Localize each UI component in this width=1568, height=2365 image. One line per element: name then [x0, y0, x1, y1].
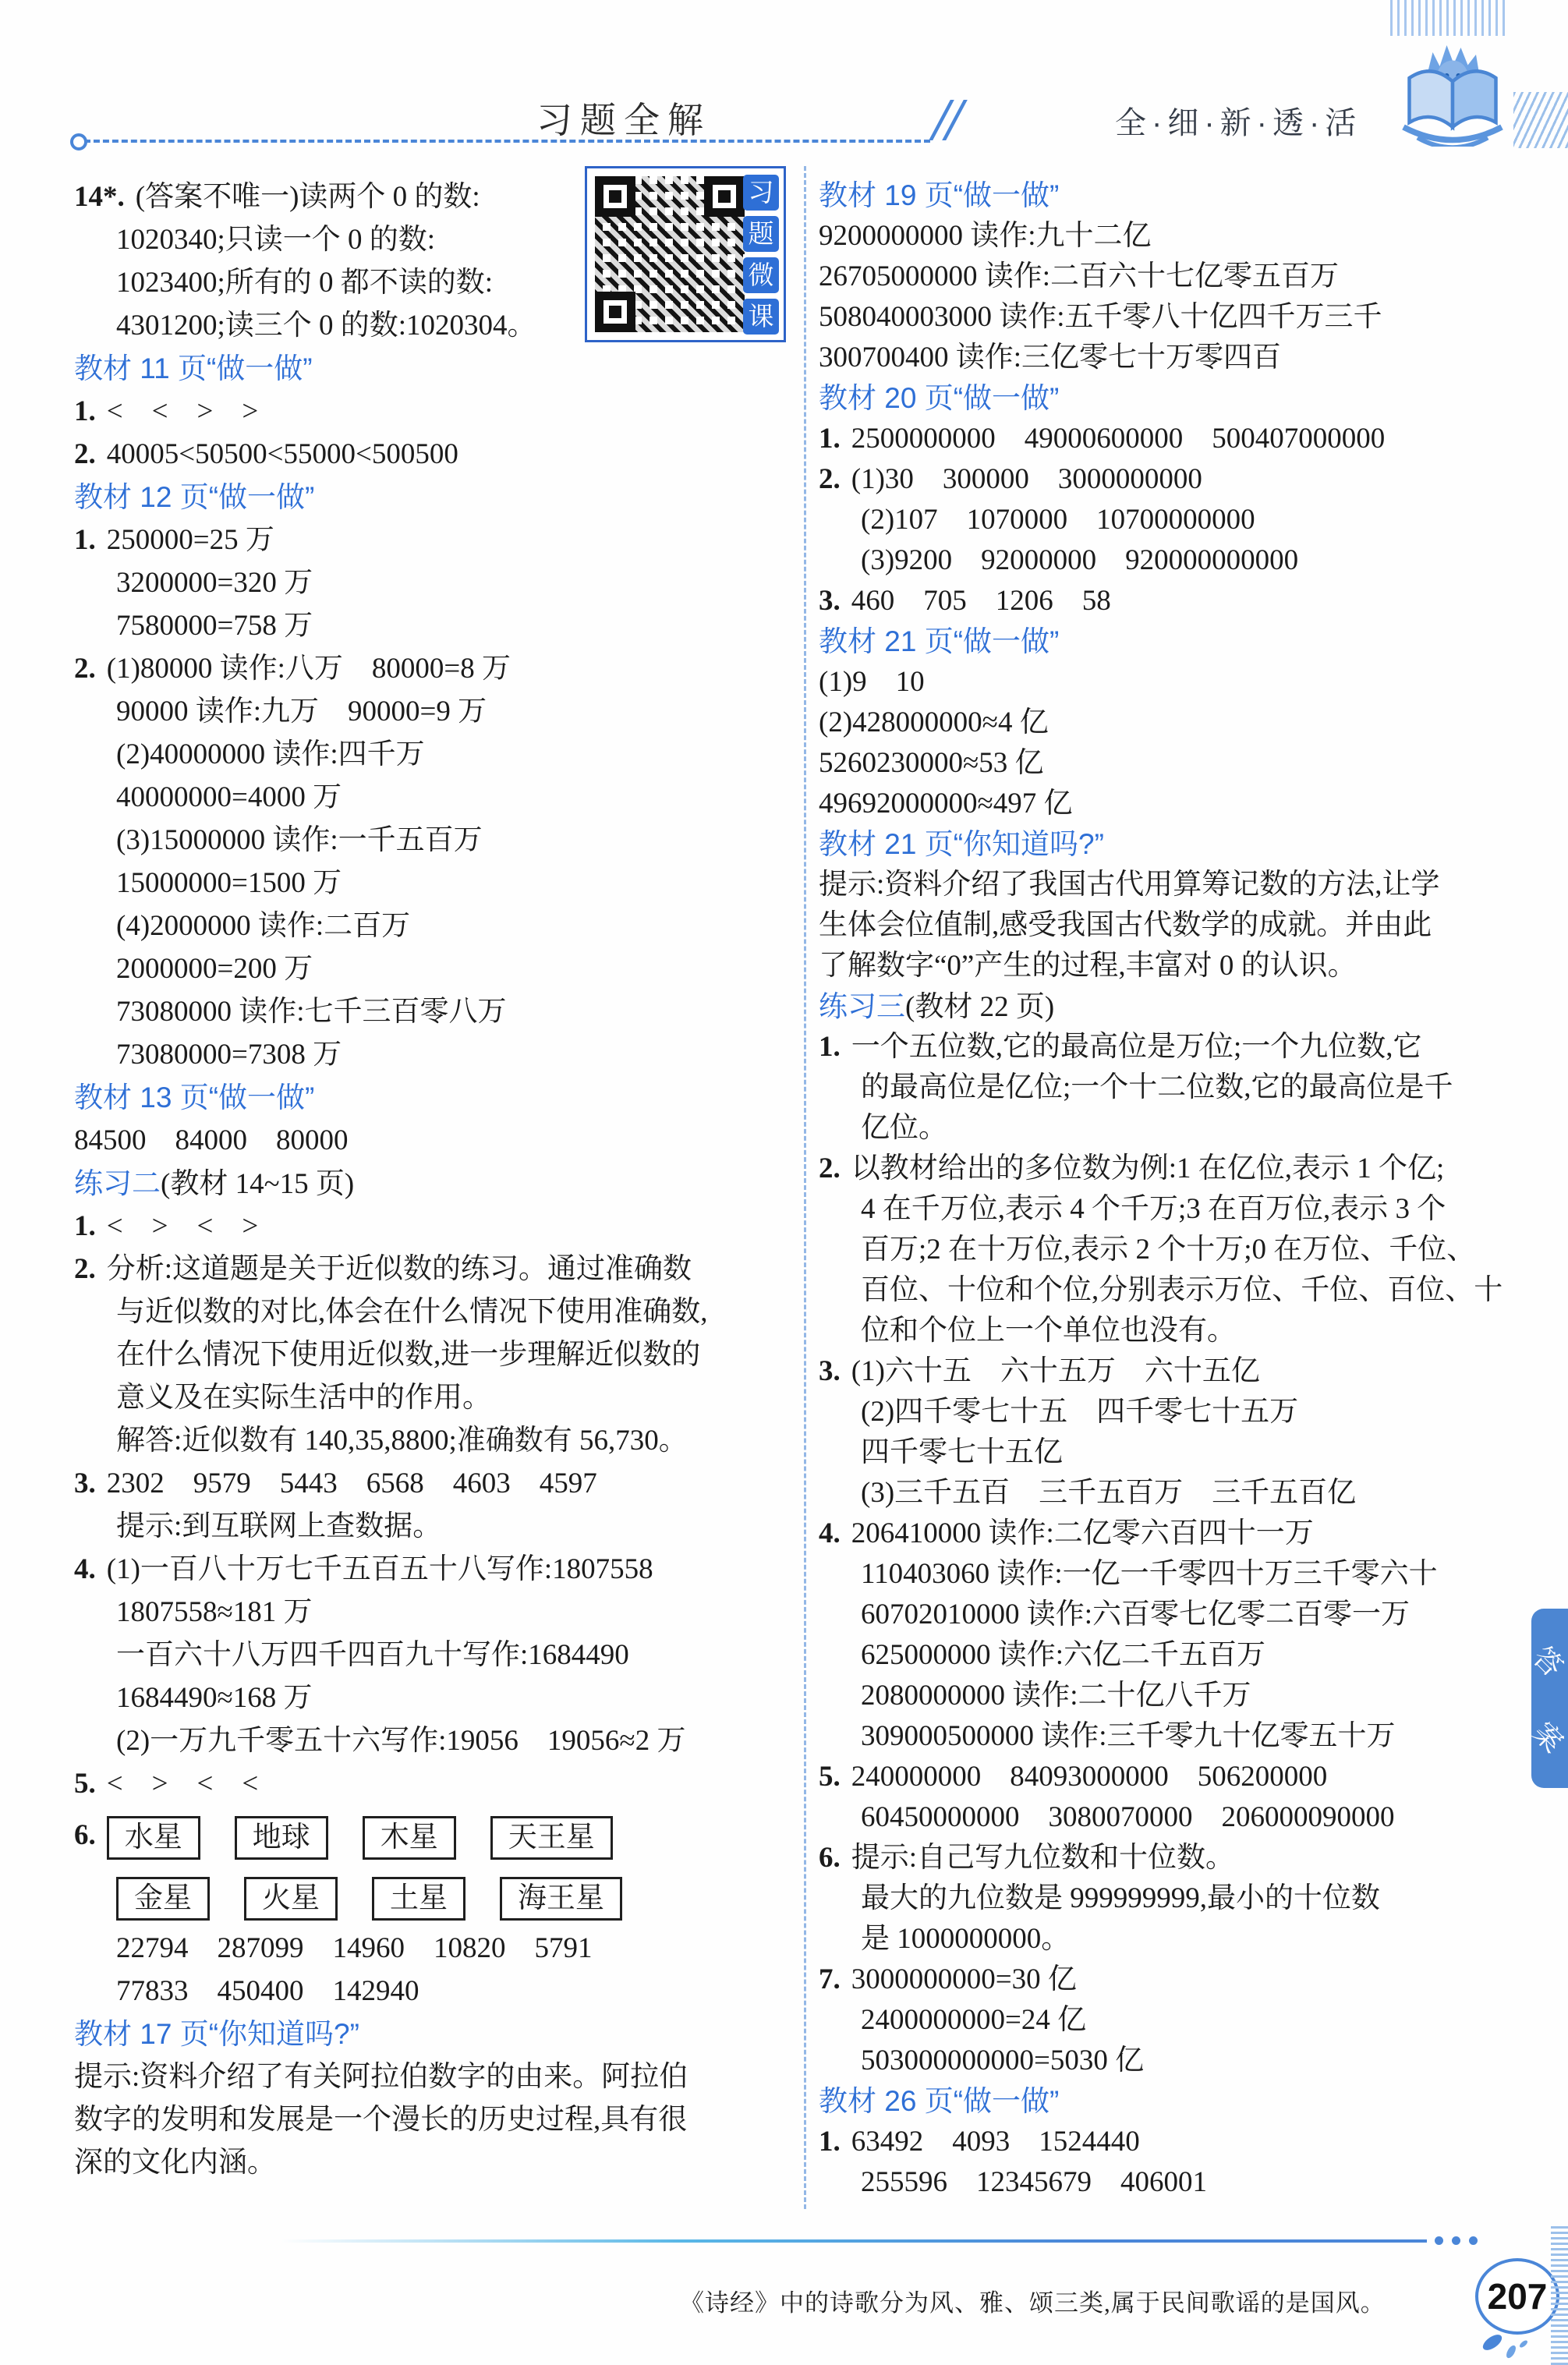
answer-line: 提示:资料介绍了我国古代用算筹记数的方法,让学: [819, 865, 1532, 905]
answer-line: 1.2500000000 49000600000 500407000000: [819, 419, 1532, 459]
answer-text: (2)40000000 读作:四千万: [116, 738, 425, 770]
heading-text: 教材 21 页“你知道吗?”: [819, 828, 1104, 860]
answer-line: 503000000000=5030 亿: [819, 2041, 1532, 2081]
answer-text: 240000000 84093000000 506200000: [851, 1761, 1328, 1793]
page-number-badge: 207: [1475, 2258, 1559, 2335]
answer-line: 1023400;所有的 0 都不读的数:: [74, 261, 788, 304]
answer-text: < > < >: [107, 1210, 258, 1242]
answer-line: (4)2000000 读作:二百万: [74, 905, 788, 947]
planet-box: 木星: [363, 1816, 456, 1860]
answer-line: 3200000=320 万: [74, 561, 788, 604]
answer-text: 5260230000≈53 亿: [819, 747, 1044, 779]
answer-text: 60450000000 3080070000 206000090000: [861, 1801, 1395, 1833]
answer-line: 4.206410000 读作:二亿零六百四十一万: [819, 1514, 1532, 1554]
answer-line: 在什么情况下使用近似数,进一步理解近似数的: [74, 1333, 788, 1376]
answer-text: (1)一百八十万七千五百五十八写作:1807558: [107, 1553, 653, 1585]
answer-line: 2.(1)30 300000 3000000000: [819, 459, 1532, 500]
answer-line: 2.分析:这道题是关于近似数的练习。通过准确数: [74, 1248, 788, 1290]
answer-line: 3.2302 9579 5443 6568 4603 4597: [74, 1462, 788, 1505]
heading-text: 教材 17 页“你知道吗?”: [74, 2018, 359, 2050]
answer-line: 625000000 读作:六亿二千五百万: [819, 1635, 1532, 1676]
answer-text: 110403060 读作:一亿一千零四十万三千零六十: [861, 1558, 1438, 1590]
item-number: 2.: [74, 653, 96, 685]
header-dashed-rule: [84, 140, 930, 143]
answer-line: 2.以教材给出的多位数为例:1 在亿位,表示 1 个亿;: [819, 1149, 1532, 1189]
answer-text: 63492 4093 1524440: [851, 2126, 1140, 2158]
planet-box-row: 6.水星地球木星天王星: [74, 1805, 788, 1866]
answer-text: (2)一万九千零五十六写作:19056 19056≈2 万: [116, 1725, 685, 1757]
answer-line: 73080000=7308 万: [74, 1033, 788, 1076]
answer-line: 意义及在实际生活中的作用。: [74, 1376, 788, 1419]
section-heading: 教材 17 页“你知道吗?”: [74, 2013, 788, 2055]
answer-line: 3.460 705 1206 58: [819, 581, 1532, 621]
item-number: 14*.: [74, 181, 125, 213]
answer-text: 4301200;读三个 0 的数:1020304。: [116, 310, 536, 342]
answer-line: 提示:到互联网上查数据。: [74, 1505, 788, 1548]
answer-text: 3000000000=30 亿: [851, 1963, 1077, 1995]
answer-text: 22794 287099 14960 10820 5791: [116, 1932, 593, 1964]
answer-line: 5.240000000 84093000000 506200000: [819, 1757, 1532, 1797]
section-heading: 练习三(教材 22 页): [819, 986, 1532, 1027]
answer-line: 77833 450400 142940: [74, 1970, 788, 2013]
answer-text: 309000500000 读作:三千零九十亿零五十万: [861, 1720, 1396, 1752]
item-number: 3.: [819, 585, 841, 617]
answer-line: 1020340;只读一个 0 的数:: [74, 218, 788, 261]
answer-text: (3)15000000 读作:一千五百万: [116, 824, 483, 856]
answer-line: 2400000000=24 亿: [819, 2000, 1532, 2041]
answer-line: 5.< > < <: [74, 1762, 788, 1805]
answer-text: 最大的九位数是 999999999,最小的十位数: [861, 1882, 1380, 1914]
answer-line: 2000000=200 万: [74, 947, 788, 990]
answer-text: 在什么情况下使用近似数,进一步理解近似数的: [116, 1339, 700, 1371]
answer-text: 84500 84000 80000: [74, 1124, 349, 1156]
answer-text: (1)80000 读作:八万 80000=8 万: [107, 653, 511, 685]
answer-text: 1023400;所有的 0 都不读的数:: [116, 267, 493, 299]
answer-text: 百位、十位和个位,分别表示万位、千位、百位、十: [861, 1274, 1503, 1306]
answer-line: (2)107 1070000 10700000000: [819, 500, 1532, 540]
answer-text: 40005<50500<55000<500500: [107, 438, 458, 470]
answer-text: 206410000 读作:二亿零六百四十一万: [851, 1517, 1314, 1549]
heading-text: 教材 21 页“做一做”: [819, 625, 1059, 657]
answer-line: 508040003000 读作:五千零八十亿四千万三千: [819, 297, 1532, 338]
footer-dot-ornament: [1452, 2236, 1460, 2245]
planet-box: 海王星: [500, 1877, 622, 1921]
heading-text: 练习三: [819, 990, 905, 1022]
answer-text: 四千零七十五亿: [861, 1436, 1063, 1468]
heading-text: 教材 13 页“做一做”: [74, 1082, 314, 1113]
answer-text: 的最高位是亿位;一个十二位数,它的最高位是千: [861, 1071, 1453, 1103]
section-heading: 教材 12 页“做一做”: [74, 476, 788, 519]
answer-text: 40000000=4000 万: [116, 781, 342, 813]
answer-line: 22794 287099 14960 10820 5791: [74, 1927, 788, 1970]
answer-text: 提示:到互联网上查数据。: [116, 1510, 441, 1542]
footer-trivia-note: 《诗经》中的诗歌分为风、雅、颂三类,属于民间歌谣的是国风。: [680, 2283, 1386, 2318]
answer-line: 的最高位是亿位;一个十二位数,它的最高位是千: [819, 1067, 1532, 1108]
section-heading: 教材 19 页“做一做”: [819, 175, 1532, 216]
answer-line: 5260230000≈53 亿: [819, 743, 1532, 784]
answer-line: 7580000=758 万: [74, 604, 788, 647]
item-number: 7.: [819, 1963, 841, 1995]
answer-text: 49692000000≈497 亿: [819, 788, 1073, 820]
section-heading: 教材 13 页“做一做”: [74, 1076, 788, 1119]
answer-line: 15000000=1500 万: [74, 862, 788, 905]
heading-text: 教材 19 页“做一做”: [819, 179, 1059, 211]
answers-edge-tab: 答 案: [1531, 1609, 1568, 1788]
answer-text: 625000000 读作:六亿二千五百万: [861, 1639, 1265, 1671]
answer-line: 1684490≈168 万: [74, 1676, 788, 1719]
answer-line: 2.40005<50500<55000<500500: [74, 433, 788, 476]
item-number: 1.: [74, 524, 96, 556]
section-heading: 练习二(教材 14~15 页): [74, 1162, 788, 1205]
answer-line: 90000 读作:九万 90000=9 万: [74, 690, 788, 733]
answer-line: 1807558≈181 万: [74, 1591, 788, 1634]
answer-text: 2500000000 49000600000 500407000000: [851, 423, 1386, 455]
answer-text: 2302 9579 5443 6568 4603 4597: [107, 1468, 597, 1499]
planet-box: 水星: [107, 1816, 200, 1860]
item-number: 1.: [819, 423, 841, 455]
answer-line: 一百六十八万四千四百九十写作:1684490: [74, 1634, 788, 1676]
answer-line: 309000500000 读作:三千零九十亿零五十万: [819, 1716, 1532, 1757]
planet-box: 火星: [244, 1877, 338, 1921]
answer-line: 60702010000 读作:六百零七亿零二百零一万: [819, 1595, 1532, 1635]
item-number: 4.: [819, 1517, 841, 1549]
answer-line: 深的文化内涵。: [74, 2141, 788, 2184]
answer-line: (2)428000000≈4 亿: [819, 703, 1532, 743]
column-divider: [804, 166, 806, 2209]
leaf-ornament-icon: [1478, 2328, 1541, 2364]
section-heading: 教材 21 页“你知道吗?”: [819, 824, 1532, 865]
answers-tab-char: 案: [1526, 1712, 1568, 1761]
answer-line: 1.63492 4093 1524440: [819, 2122, 1532, 2162]
answer-line: 40000000=4000 万: [74, 776, 788, 819]
edge-stripes-ornament: [1551, 2226, 1568, 2365]
answer-text: 深的文化内涵。: [74, 2147, 276, 2179]
answer-text: 77833 450400 142940: [116, 1975, 419, 2007]
footer-dot-ornament: [1435, 2236, 1443, 2245]
answer-text: (教材 22 页): [905, 991, 1054, 1023]
answer-text: 460 705 1206 58: [851, 585, 1111, 617]
answer-text: 解答:近似数有 140,35,8800;准确数有 56,730。: [116, 1425, 688, 1457]
answer-text: 73080000=7308 万: [116, 1039, 342, 1071]
answer-line: 4 在千万位,表示 4 个千万;3 在百万位,表示 3 个: [819, 1189, 1532, 1230]
page-number: 207: [1488, 2276, 1548, 2317]
answer-line: 60450000000 3080070000 206000090000: [819, 1797, 1532, 1838]
answer-line: (2)一万九千零五十六写作:19056 19056≈2 万: [74, 1719, 788, 1762]
answer-line: 百万;2 在十万位,表示 2 个十万;0 在万位、千位、: [819, 1230, 1532, 1270]
answer-text: (1)六十五 六十五万 六十五亿: [851, 1355, 1260, 1387]
answer-text: 508040003000 读作:五千零八十亿四千万三千: [819, 301, 1382, 333]
left-column: 14*.(答案不唯一)读两个 0 的数:1020340;只读一个 0 的数:10…: [74, 175, 788, 2184]
answer-text: (2)428000000≈4 亿: [819, 706, 1049, 738]
section-heading: 教材 11 页“做一做”: [74, 347, 788, 390]
answer-line: 生体会位值制,感受我国古代数学的成就。并由此: [819, 905, 1532, 946]
item-number: 2.: [819, 463, 841, 495]
answer-text: 90000 读作:九万 90000=9 万: [116, 696, 487, 728]
answer-line: 73080000 读作:七千三百零八万: [74, 990, 788, 1033]
answer-text: 一个五位数,它的最高位是万位;一个九位数,它: [851, 1031, 1422, 1063]
answer-text: 以教材给出的多位数为例:1 在亿位,表示 1 个亿;: [851, 1152, 1445, 1184]
item-number: 1.: [819, 2126, 841, 2158]
answer-text: 300700400 读作:三亿零七十万零四百: [819, 342, 1281, 374]
publisher-hedgehog-book-logo-icon: [1394, 28, 1511, 147]
heading-text: 教材 26 页“做一做”: [819, 2085, 1059, 2117]
answer-text: (2)107 1070000 10700000000: [861, 504, 1255, 536]
answer-line: 6.提示:自己写九位数和十位数。: [819, 1838, 1532, 1878]
answer-text: (1)9 10: [819, 666, 925, 698]
answer-line: 84500 84000 80000: [74, 1119, 788, 1162]
answer-text: 与近似数的对比,体会在什么情况下使用准确数,: [116, 1296, 708, 1328]
series-slogan: 全·细·新·透·活: [1115, 98, 1361, 143]
answer-line: 9200000000 读作:九十二亿: [819, 216, 1532, 257]
answer-line: 2080000000 读作:二十亿八千万: [819, 1676, 1532, 1716]
answer-text: (答案不唯一)读两个 0 的数:: [136, 181, 480, 213]
item-number: 3.: [819, 1355, 841, 1387]
answer-text: < < > >: [107, 395, 258, 427]
answer-text: 位和个位上一个单位也没有。: [861, 1315, 1236, 1347]
answer-text: 255596 12345679 406001: [861, 2166, 1207, 2198]
answer-line: 300700400 读作:三亿零七十万零四百: [819, 338, 1532, 378]
answer-text: (2)四千零七十五 四千零七十五万: [861, 1396, 1298, 1428]
answer-line: (2)40000000 读作:四千万: [74, 733, 788, 776]
footer-dot-ornament: [1469, 2236, 1478, 2245]
item-number: 3.: [74, 1468, 96, 1499]
answer-text: 2000000=200 万: [116, 953, 313, 985]
answer-line: (3)9200 92000000 920000000000: [819, 540, 1532, 581]
answer-text: 分析:这道题是关于近似数的练习。通过准确数: [107, 1253, 692, 1285]
item-number: 2.: [819, 1152, 841, 1184]
item-number: 6.: [819, 1842, 841, 1874]
answer-line: 数字的发明和发展是一个漫长的历史过程,具有很: [74, 2098, 788, 2141]
answer-line: 4301200;读三个 0 的数:1020304。: [74, 304, 788, 347]
answer-line: 最大的九位数是 999999999,最小的十位数: [819, 1878, 1532, 1919]
answer-text: 是 1000000000。: [861, 1923, 1070, 1955]
answer-line: 提示:资料介绍了有关阿拉伯数字的由来。阿拉伯: [74, 2055, 788, 2098]
item-number: 6.: [74, 1819, 96, 1851]
book-page: 习题全解 全·细·新·透·活 习 题 微 课 14*.(答案不唯一)读两个 0 …: [0, 0, 1568, 2365]
slash-ornament: [929, 100, 954, 140]
planet-box: 金星: [116, 1877, 210, 1921]
answer-line: 2.(1)80000 读作:八万 80000=8 万: [74, 647, 788, 690]
answer-text: (教材 14~15 页): [161, 1168, 354, 1200]
planet-box-row: 金星火星土星海王星: [74, 1866, 788, 1927]
answer-line: 1.< < > >: [74, 390, 788, 433]
answer-line: 四千零七十五亿: [819, 1432, 1532, 1473]
item-number: 1.: [74, 395, 96, 427]
answer-line: (2)四千零七十五 四千零七十五万: [819, 1392, 1532, 1432]
answer-text: 一百六十八万四千四百九十写作:1684490: [116, 1639, 629, 1671]
answer-line: (1)9 10: [819, 662, 1532, 703]
heading-text: 教材 11 页“做一做”: [74, 352, 313, 384]
answer-line: 1.< > < >: [74, 1205, 788, 1248]
answer-text: 4 在千万位,表示 4 个千万;3 在百万位,表示 3 个: [861, 1193, 1446, 1225]
answer-line: 了解数字“0”产生的过程,丰富对 0 的认识。: [819, 946, 1532, 986]
answer-text: 2400000000=24 亿: [861, 2004, 1086, 2036]
section-heading: 教材 21 页“做一做”: [819, 621, 1532, 662]
answer-line: 110403060 读作:一亿一千零四十万三千零六十: [819, 1554, 1532, 1595]
item-number: 2.: [74, 1253, 96, 1285]
answer-line: 是 1000000000。: [819, 1919, 1532, 1960]
answer-text: 百万;2 在十万位,表示 2 个十万;0 在万位、千位、: [861, 1234, 1475, 1266]
answer-line: 1.一个五位数,它的最高位是万位;一个九位数,它: [819, 1027, 1532, 1067]
answer-text: 提示:资料介绍了有关阿拉伯数字的由来。阿拉伯: [74, 2061, 688, 2093]
answer-text: 60702010000 读作:六百零七亿零二百零一万: [861, 1598, 1410, 1630]
item-number: 5.: [819, 1761, 841, 1793]
answer-text: 503000000000=5030 亿: [861, 2045, 1144, 2076]
answer-line: 与近似数的对比,体会在什么情况下使用准确数,: [74, 1290, 788, 1333]
planet-box: 土星: [372, 1877, 465, 1921]
answer-line: 解答:近似数有 140,35,8800;准确数有 56,730。: [74, 1419, 788, 1462]
planet-box: 天王星: [490, 1816, 613, 1860]
answer-line: 14*.(答案不唯一)读两个 0 的数:: [74, 175, 788, 218]
answer-text: < > < <: [107, 1768, 258, 1800]
answer-text: 数字的发明和发展是一个漫长的历史过程,具有很: [74, 2104, 687, 2136]
answers-tab-char: 答: [1526, 1637, 1568, 1685]
item-number: 2.: [74, 438, 96, 470]
answer-text: 3200000=320 万: [116, 567, 313, 599]
answer-line: 26705000000 读作:二百六十七亿零五百万: [819, 257, 1532, 297]
answer-text: 1020340;只读一个 0 的数:: [116, 224, 435, 256]
answer-text: 26705000000 读作:二百六十七亿零五百万: [819, 260, 1339, 292]
section-heading: 教材 26 页“做一做”: [819, 2081, 1532, 2122]
item-number: 5.: [74, 1768, 96, 1800]
answer-text: 意义及在实际生活中的作用。: [116, 1382, 491, 1414]
answer-text: (1)30 300000 3000000000: [851, 463, 1202, 495]
item-number: 1.: [819, 1031, 841, 1063]
answer-text: 7580000=758 万: [116, 610, 313, 642]
answer-line: 亿位。: [819, 1108, 1532, 1149]
section-heading: 教材 20 页“做一做”: [819, 378, 1532, 419]
answer-text: 15000000=1500 万: [116, 867, 342, 899]
answer-text: 提示:资料介绍了我国古代用算筹记数的方法,让学: [819, 869, 1440, 901]
answer-line: 49692000000≈497 亿: [819, 784, 1532, 824]
answer-text: 提示:自己写九位数和十位数。: [851, 1842, 1234, 1874]
answer-line: 百位、十位和个位,分别表示万位、千位、百位、十: [819, 1270, 1532, 1311]
answer-text: 亿位。: [861, 1112, 947, 1144]
answer-text: (3)三千五百 三千五百万 三千五百亿: [861, 1477, 1356, 1509]
answer-text: 250000=25 万: [107, 524, 274, 556]
right-column: 教材 19 页“做一做”9200000000 读作:九十二亿2670500000…: [819, 175, 1532, 2203]
footer-rule: [281, 2239, 1427, 2243]
answer-line: 3.(1)六十五 六十五万 六十五亿: [819, 1351, 1532, 1392]
answer-line: 255596 12345679 406001: [819, 2162, 1532, 2203]
answer-line: (3)15000000 读作:一千五百万: [74, 819, 788, 862]
answer-text: 1684490≈168 万: [116, 1682, 313, 1714]
answer-line: 4.(1)一百八十万七千五百五十八写作:1807558: [74, 1548, 788, 1591]
page-title: 习题全解: [536, 92, 711, 143]
answer-line: 7.3000000000=30 亿: [819, 1960, 1532, 2000]
answer-text: 2080000000 读作:二十亿八千万: [861, 1680, 1251, 1712]
heading-text: 教材 20 页“做一做”: [819, 382, 1059, 414]
answer-line: 位和个位上一个单位也没有。: [819, 1311, 1532, 1351]
answer-line: 1.250000=25 万: [74, 519, 788, 561]
planet-box: 地球: [235, 1816, 328, 1860]
answer-text: 生体会位值制,感受我国古代数学的成就。并由此: [819, 909, 1432, 941]
answer-text: 1807558≈181 万: [116, 1596, 313, 1628]
answer-text: (4)2000000 读作:二百万: [116, 910, 410, 942]
slash-ornament: [942, 100, 968, 140]
heading-text: 教材 12 页“做一做”: [74, 481, 314, 513]
answer-text: 了解数字“0”产生的过程,丰富对 0 的认识。: [819, 950, 1357, 982]
heading-text: 练习二: [74, 1167, 161, 1199]
corner-stripes-ornament: [1513, 92, 1568, 148]
answer-text: (3)9200 92000000 920000000000: [861, 544, 1298, 576]
answer-text: 9200000000 读作:九十二亿: [819, 220, 1152, 252]
answer-line: (3)三千五百 三千五百万 三千五百亿: [819, 1473, 1532, 1514]
item-number: 4.: [74, 1553, 96, 1585]
item-number: 1.: [74, 1210, 96, 1242]
answer-text: 73080000 读作:七千三百零八万: [116, 996, 507, 1028]
